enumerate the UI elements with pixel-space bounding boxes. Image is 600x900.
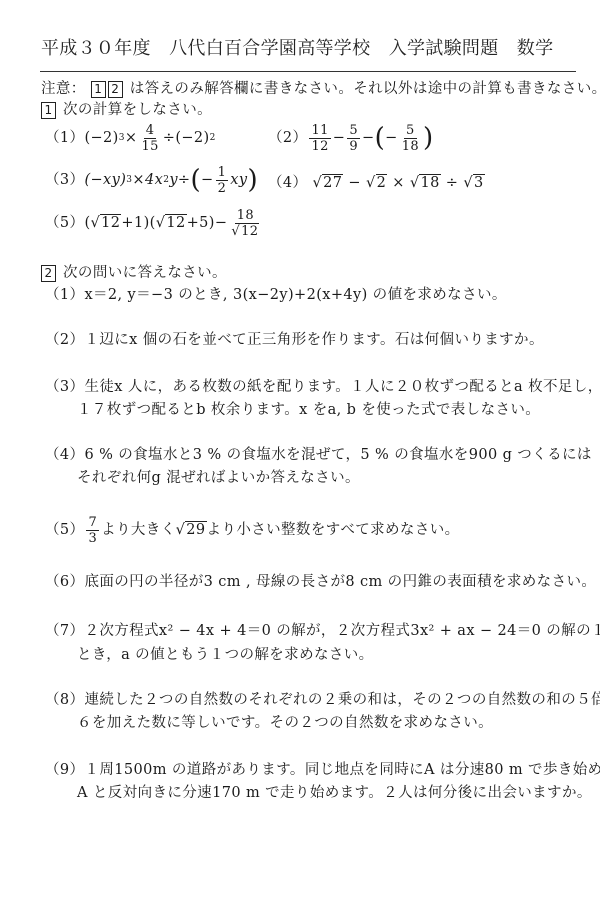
problem-text: 6 % の食塩水と3 % の食塩水を混ぜて，5 % の食塩水を900 g つくる… xyxy=(84,447,591,463)
problem-label: （6） xyxy=(45,574,84,590)
numerator: 1 xyxy=(216,165,229,181)
square-root: √3 xyxy=(463,174,484,192)
notice-text: は答えのみ解答欄に書きなさい。それ以外は途中の計算も書きなさい。 xyxy=(130,81,600,97)
problem-box-2: 2 xyxy=(108,81,123,98)
square-root: √27 xyxy=(312,174,343,192)
square-root: √12 xyxy=(91,214,122,232)
paren: ( xyxy=(375,129,386,147)
problem-text: より大きく xyxy=(101,521,176,539)
section2-problem-2: （2）１辺にx 個の石を並べて正三角形を作ります。石は何個いりますか。 xyxy=(45,331,544,349)
denominator: 3 xyxy=(86,531,99,546)
radicand: 27 xyxy=(322,174,343,191)
section2-number-box: 2 xyxy=(41,265,56,282)
section2-problem-6: （6）底面の円の半径が3 cm , 母線の長さが8 cm の円錐の表面積を求めな… xyxy=(45,573,596,591)
notice-line: 注意： 12 は答えのみ解答欄に書きなさい。それ以外は途中の計算も書きなさい。 xyxy=(41,80,600,98)
exponent: 2 xyxy=(210,129,216,147)
section2-problem-4: （4）6 % の食塩水と3 % の食塩水を混ぜて，5 % の食塩水を900 g … xyxy=(45,446,592,464)
fraction: 1112 xyxy=(309,123,330,154)
expr-part: (−2) xyxy=(84,129,118,147)
expr-part: ×4x xyxy=(132,171,163,189)
denominator: 12 xyxy=(309,139,330,154)
problem-label: （8） xyxy=(45,692,84,708)
problem-label: （1） xyxy=(45,129,84,147)
numerator: 5 xyxy=(404,123,417,139)
problem-text: 生徒x 人に，ある枚数の紙を配ります。１人に２０枚ずつ配るとa 枚不足し， xyxy=(84,379,600,395)
numerator: 18 xyxy=(235,208,256,224)
section1-instruction: 次の計算をしなさい。 xyxy=(63,102,212,118)
operator: × xyxy=(392,175,405,191)
problem-label: （5） xyxy=(45,214,84,232)
notice-label: 注意： xyxy=(41,81,86,97)
radicand: 18 xyxy=(419,174,440,191)
problem-text: 底面の円の半径が3 cm , 母線の長さが8 cm の円錐の表面積を求めなさい。 xyxy=(84,574,596,590)
square-root: √12 xyxy=(156,214,187,232)
radicand: 12 xyxy=(240,223,259,239)
section1-number-box: 1 xyxy=(41,102,56,119)
section2-problem-9-line-2: A と反対向きに分速170 m で走り始めます。２人は何分後に出会いますか。 xyxy=(77,784,592,802)
expr-part: +1)( xyxy=(121,214,155,232)
section1-header: 1 次の計算をしなさい。 xyxy=(41,101,212,119)
title-divider xyxy=(40,71,576,72)
expr-part: × xyxy=(125,129,138,147)
operator: − xyxy=(362,129,375,147)
fraction: 18√12 xyxy=(229,208,261,239)
operator: − xyxy=(201,171,214,189)
square-root: √18 xyxy=(410,174,441,192)
problem-text: １辺にx 個の石を並べて正三角形を作ります。石は何個いりますか。 xyxy=(84,332,543,348)
paren: ) xyxy=(423,129,434,147)
problem-box-1: 1 xyxy=(91,81,106,98)
problem-label: （4） xyxy=(268,175,307,191)
expr-part: y÷ xyxy=(169,171,190,189)
section2-problem-8-line-2: ６を加えた数に等しいです。その２つの自然数を求めなさい。 xyxy=(77,714,493,732)
operator: − xyxy=(333,129,346,147)
section2-instruction: 次の問いに答えなさい。 xyxy=(63,265,227,281)
section2-problem-3-line-2: １７枚ずつ配るとb 枚余ります。x をa, b を使った式で表しなさい。 xyxy=(77,401,540,419)
operator: − xyxy=(348,175,361,191)
problem-label: （1） xyxy=(45,287,84,303)
numerator: 7 xyxy=(86,515,99,531)
section2-problem-7-line-2: とき，a の値ともう１つの解を求めなさい。 xyxy=(77,646,374,664)
denominator: 2 xyxy=(216,181,229,196)
denominator: √12 xyxy=(229,224,261,239)
section2-header: 2 次の問いに答えなさい。 xyxy=(41,264,227,282)
numerator: 11 xyxy=(309,123,330,139)
expr-part: xy xyxy=(230,171,247,189)
problem-label: （5） xyxy=(45,521,84,539)
problem-label: （4） xyxy=(45,447,84,463)
problem-label: （3） xyxy=(45,379,84,395)
fraction: 73 xyxy=(86,515,99,546)
fraction: 415 xyxy=(139,123,160,154)
numerator: 4 xyxy=(144,123,157,139)
denominator: 9 xyxy=(347,139,360,154)
fraction: 518 xyxy=(400,123,421,154)
problem-text: １周1500m の道路があります。同じ地点を同時にA は分速80 m で歩き始め… xyxy=(84,762,600,778)
operator: ÷ xyxy=(446,175,459,191)
expr-part: +5)− xyxy=(187,214,228,232)
square-root: √2 xyxy=(366,174,387,192)
section2-problem-5: （5） 73 より大きく √29 より小さい整数をすべて求めなさい。 xyxy=(45,512,460,548)
problem-label: （3） xyxy=(45,171,84,189)
problem-label: （2） xyxy=(268,129,307,147)
fraction: 12 xyxy=(216,165,229,196)
radicand: 2 xyxy=(376,174,388,191)
expr-part: (−xy) xyxy=(84,171,126,189)
section1-problem-3: （3） (−xy)3 ×4x2 y÷ ( − 12 xy ) xyxy=(45,164,258,196)
denominator: 15 xyxy=(139,139,160,154)
problem-label: （9） xyxy=(45,762,84,778)
paren: ( xyxy=(190,171,201,189)
radicand: 12 xyxy=(100,214,121,231)
radicand: 12 xyxy=(165,214,186,231)
radicand: 29 xyxy=(185,521,206,538)
section1-problem-4: （4） √27 − √2 × √18 ÷ √3 xyxy=(268,174,485,192)
operator: − xyxy=(385,129,398,147)
section2-problem-7: （7）２次方程式x² − 4x + 4＝0 の解が，２次方程式3x² + ax … xyxy=(45,622,600,640)
expr-part: ÷(−2) xyxy=(163,129,210,147)
problem-label: （2） xyxy=(45,332,84,348)
section2-problem-3: （3）生徒x 人に，ある枚数の紙を配ります。１人に２０枚ずつ配るとa 枚不足し， xyxy=(45,378,600,396)
section2-problem-1: （1）x＝2, y＝−3 のとき, 3(x−2y)+2(x+4y) の値を求めな… xyxy=(45,286,507,304)
paren: ) xyxy=(247,171,258,189)
square-root: √29 xyxy=(176,521,207,539)
fraction: 59 xyxy=(347,123,360,154)
radicand: 3 xyxy=(473,174,485,191)
section2-problem-9: （9）１周1500m の道路があります。同じ地点を同時にA は分速80 m で歩… xyxy=(45,761,600,779)
exam-title: 平成３０年度 八代白百合学園高等学校 入学試験問題 数学 xyxy=(41,34,553,60)
problem-label: （7） xyxy=(45,623,84,639)
denominator: 18 xyxy=(400,139,421,154)
section1-problem-2: （2） 1112 − 59 − ( − 518 ) xyxy=(268,122,434,154)
problem-text: ２次方程式x² − 4x + 4＝0 の解が，２次方程式3x² + ax − 2… xyxy=(84,623,600,639)
problem-text: 連続した２つの自然数のそれぞれの２乗の和は，その２つの自然数の和の５倍に xyxy=(84,692,600,708)
problem-text: x＝2, y＝−3 のとき, 3(x−2y)+2(x+4y) の値を求めなさい。 xyxy=(84,287,506,303)
section2-problem-4-line-2: それぞれ何g 混ぜればよいか答えなさい。 xyxy=(77,469,360,487)
problem-text: より小さい整数をすべて求めなさい。 xyxy=(207,521,460,539)
section1-problem-5: （5） ( √12 +1)( √12 +5)− 18√12 xyxy=(45,205,263,241)
section2-problem-8: （8）連続した２つの自然数のそれぞれの２乗の和は，その２つの自然数の和の５倍に xyxy=(45,691,600,709)
section1-problem-1: （1） (−2)3 × 415 ÷(−2)2 xyxy=(45,122,216,154)
numerator: 5 xyxy=(347,123,360,139)
